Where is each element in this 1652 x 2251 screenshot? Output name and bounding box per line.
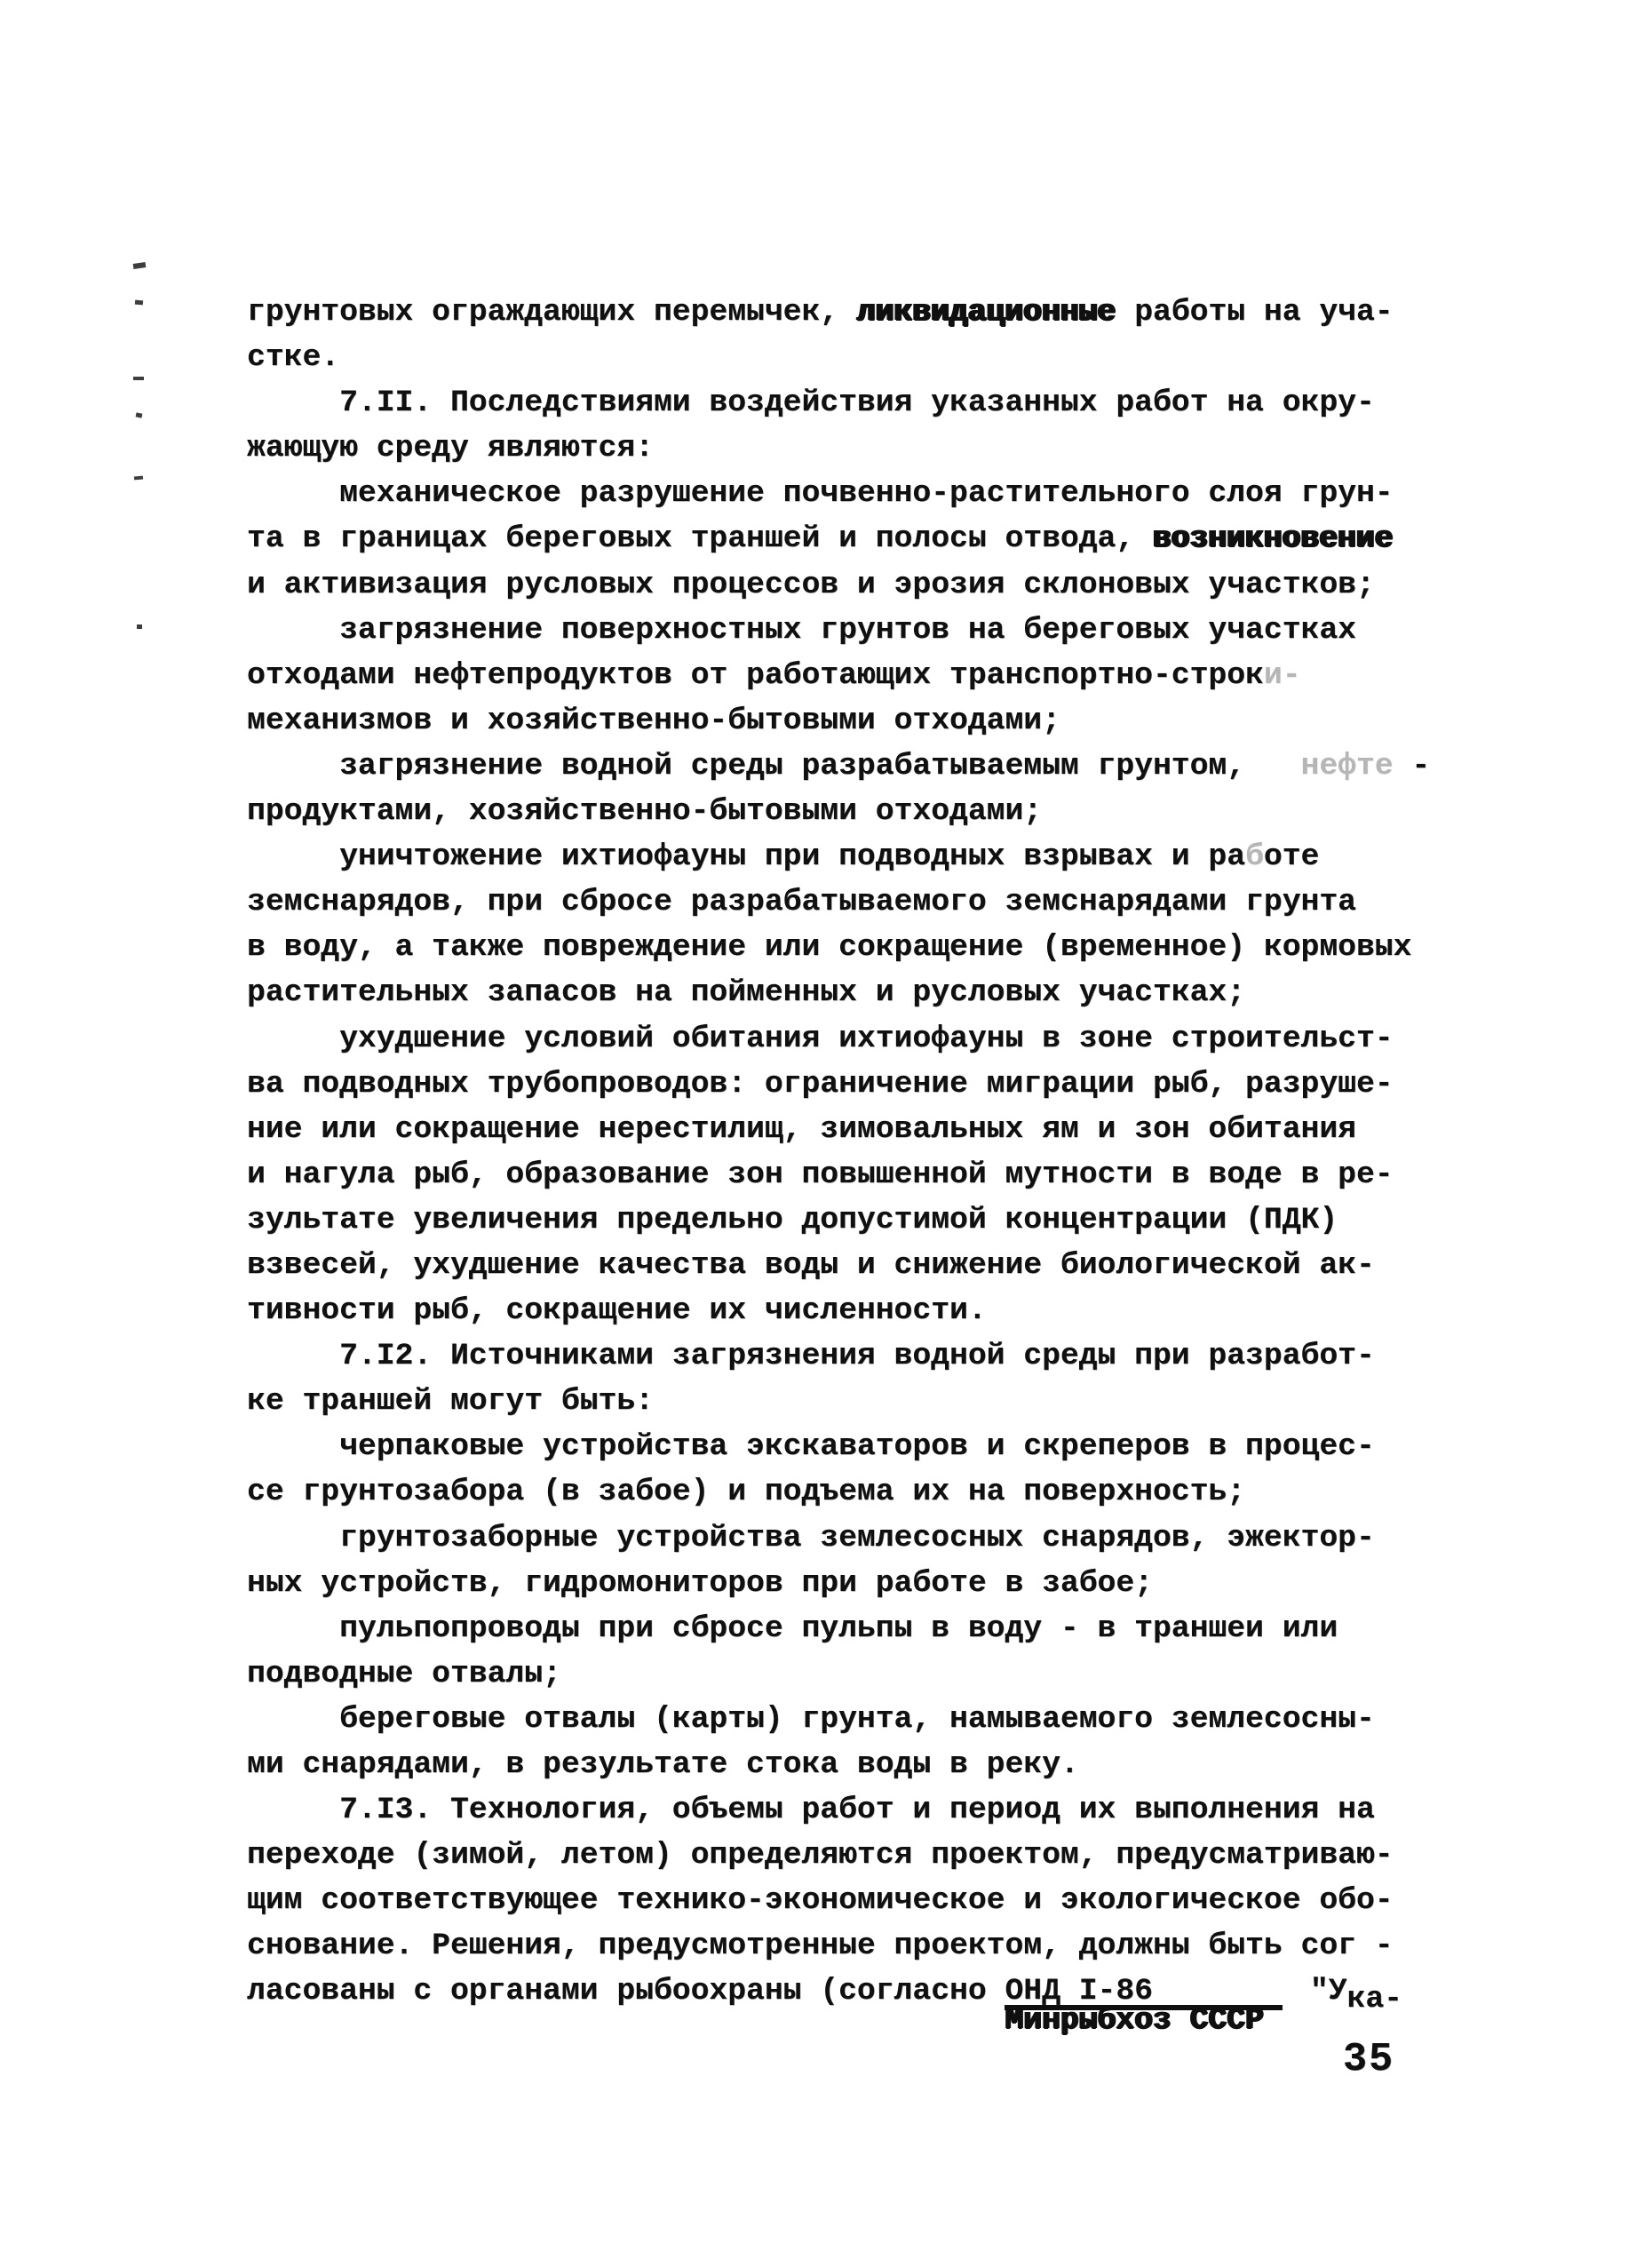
page-number: 35 [1343, 2037, 1394, 2082]
text-segment: работы на уча- [1116, 295, 1393, 330]
text-line: и нагула рыб, образование зон повышенной… [247, 1152, 1430, 1197]
text-segment: загрязнение водной среды разрабатываемым… [339, 749, 1300, 783]
text-segment: "У [1310, 1974, 1347, 2008]
scan-artifact [133, 262, 147, 269]
scan-artifact [135, 300, 143, 306]
text-segment: зультате увеличения предельно допустимой… [247, 1203, 1338, 1237]
text-line: грунтозаборные устройства землесосных сн… [247, 1515, 1430, 1561]
text-line: грунтовых ограждающих перемычек, ликвида… [247, 290, 1430, 335]
text-line: ке траншей могут быть: [247, 1379, 1430, 1424]
text-segment: отходами нефтепродуктов от работающих тр… [247, 658, 1264, 693]
scan-artifact [136, 412, 143, 418]
text-segment: стке. [247, 340, 339, 375]
reference-issuer: Минрыбхоз СССР [1005, 2003, 1263, 2039]
text-line: щим соответствующее технико-экономическо… [247, 1878, 1430, 1923]
text-segment: и- [1264, 658, 1301, 693]
text-segment: черпаковые устройства экскаваторов и скр… [339, 1429, 1375, 1464]
text-line: растительных запасов на пойменных и русл… [247, 970, 1430, 1015]
text-segment: ние или сокращение нерестилищ, зимовальн… [247, 1112, 1356, 1147]
text-line: зультате увеличения предельно допустимой… [247, 1197, 1430, 1243]
text-segment: се грунтозабора (в забое) и подъема их н… [247, 1475, 1245, 1509]
text-segment: ных устройств, гидромониторов при работе… [247, 1566, 1153, 1601]
text-segment: земснарядов, при сбросе разрабатываемого… [247, 885, 1356, 919]
text-segment: ка- [1347, 1977, 1402, 2022]
text-segment: и нагула рыб, образование зон повышенной… [247, 1157, 1394, 1192]
text-segment: ми снарядами, в результате стока воды в … [247, 1747, 1079, 1782]
text-segment: и активизация русловых процессов и эрози… [247, 568, 1375, 602]
text-segment: ласованы с органами рыбоохраны (согласно [247, 1974, 1005, 2008]
text-segment: жающую среду являются: [247, 431, 654, 465]
text-segment: 7.II. Последствиями воздействия указанны… [339, 386, 1375, 420]
text-segment: 7.I3. Технология, объемы работ и период … [339, 1793, 1375, 1827]
text-line: тивности рыб, сокращение их численности. [247, 1288, 1430, 1333]
text-line: взвесей, ухудшение качества воды и сниже… [247, 1243, 1430, 1288]
text-segment: та в границах береговых траншей и полосы… [247, 521, 1153, 556]
text-line: подводные отвалы; [247, 1651, 1430, 1697]
text-segment: механическое разрушение почвенно-растите… [339, 476, 1394, 511]
text-line: ние или сокращение нерестилищ, зимовальн… [247, 1107, 1430, 1152]
text-line: отходами нефтепродуктов от работающих тр… [247, 653, 1430, 698]
text-segment: пульпопроводы при сбросе пульпы в воду -… [339, 1611, 1338, 1646]
text-line: снование. Решения, предусмотренные проек… [247, 1923, 1430, 1969]
text-line: стке. [247, 335, 1430, 380]
text-segment: механизмов и хозяйственно-бытовыми отход… [247, 704, 1060, 738]
text-line: ва подводных трубопроводов: ограничение … [247, 1062, 1430, 1107]
text-line: черпаковые устройства экскаваторов и скр… [247, 1424, 1430, 1469]
text-line: механизмов и хозяйственно-бытовыми отход… [247, 698, 1430, 744]
text-segment: "Ука- [1310, 1969, 1402, 2014]
text-segment: снование. Решения, предусмотренные проек… [247, 1929, 1394, 1963]
text-segment: б [1245, 839, 1264, 874]
text-segment: ликвидационные [857, 295, 1116, 330]
text-line: береговые отвалы (карты) грунта, намывае… [247, 1697, 1430, 1742]
text-segment: ке траншей могут быть: [247, 1384, 654, 1419]
text-segment: ва подводных трубопроводов: ограничение … [247, 1067, 1394, 1102]
text-segment: грунтозаборные устройства землесосных сн… [339, 1521, 1375, 1555]
text-segment: подводные отвалы; [247, 1657, 561, 1691]
text-line: загрязнение поверхностных грунтов на бер… [247, 608, 1430, 653]
text-line: ных устройств, гидромониторов при работе… [247, 1561, 1430, 1606]
scan-artifact [134, 476, 143, 481]
text-line: продуктами, хозяйственно-бытовыми отхода… [247, 789, 1430, 834]
document-page: грунтовых ограждающих перемычек, ликвида… [0, 0, 1652, 2251]
typewritten-text-block: грунтовых ограждающих перемычек, ликвида… [247, 290, 1430, 2015]
scan-artifact [137, 624, 142, 629]
text-line: 7.II. Последствиями воздействия указанны… [247, 380, 1430, 426]
text-line: 7.I3. Технология, объемы работ и период … [247, 1787, 1430, 1833]
text-segment: в воду, а также повреждение или сокращен… [247, 930, 1411, 965]
text-segment: береговые отвалы (карты) грунта, намывае… [339, 1702, 1375, 1737]
text-segment: уничтожение ихтиофауны при подводных взр… [339, 839, 1245, 874]
text-line: ухудшение условий обитания ихтиофауны в … [247, 1016, 1430, 1062]
text-segment: тивности рыб, сокращение их численности. [247, 1293, 987, 1328]
text-line: уничтожение ихтиофауны при подводных взр… [247, 834, 1430, 879]
scan-artifact [133, 377, 144, 380]
text-line: земснарядов, при сбросе разрабатываемого… [247, 879, 1430, 925]
text-line: 7.I2. Источниками загрязнения водной сре… [247, 1333, 1430, 1379]
text-line: се грунтозабора (в забое) и подъема их н… [247, 1469, 1430, 1515]
text-segment: ухудшение условий обитания ихтиофауны в … [339, 1022, 1394, 1056]
text-segment: возникновение [1153, 521, 1394, 556]
text-line: та в границах береговых траншей и полосы… [247, 516, 1430, 561]
text-line: механическое разрушение почвенно-растите… [247, 471, 1430, 516]
text-line: и активизация русловых процессов и эрози… [247, 562, 1430, 608]
text-line: пульпопроводы при сбросе пульпы в воду -… [247, 1606, 1430, 1651]
text-segment: растительных запасов на пойменных и русл… [247, 975, 1245, 1010]
text-line: ласованы с органами рыбоохраны (согласно… [247, 1969, 1430, 2014]
text-line: в воду, а также повреждение или сокращен… [247, 925, 1430, 970]
text-line: жающую среду являются: [247, 426, 1430, 471]
text-line: ми снарядами, в результате стока воды в … [247, 1742, 1430, 1787]
text-segment: взвесей, ухудшение качества воды и сниже… [247, 1248, 1375, 1283]
text-segment: 7.I2. Источниками загрязнения водной сре… [339, 1339, 1375, 1373]
text-segment: переходе (зимой, летом) определяются про… [247, 1838, 1394, 1873]
text-segment: щим соответствующее технико-экономическо… [247, 1883, 1394, 1918]
text-segment: загрязнение поверхностных грунтов на бер… [339, 613, 1356, 648]
text-line: загрязнение водной среды разрабатываемым… [247, 744, 1430, 789]
text-segment: грунтовых ограждающих перемычек, [247, 295, 857, 330]
text-segment: продуктами, хозяйственно-бытовыми отхода… [247, 794, 1042, 829]
text-segment: нефте [1301, 749, 1394, 783]
text-segment: - [1394, 749, 1431, 783]
text-line: переходе (зимой, летом) определяются про… [247, 1833, 1430, 1878]
text-segment: оте [1264, 839, 1319, 874]
